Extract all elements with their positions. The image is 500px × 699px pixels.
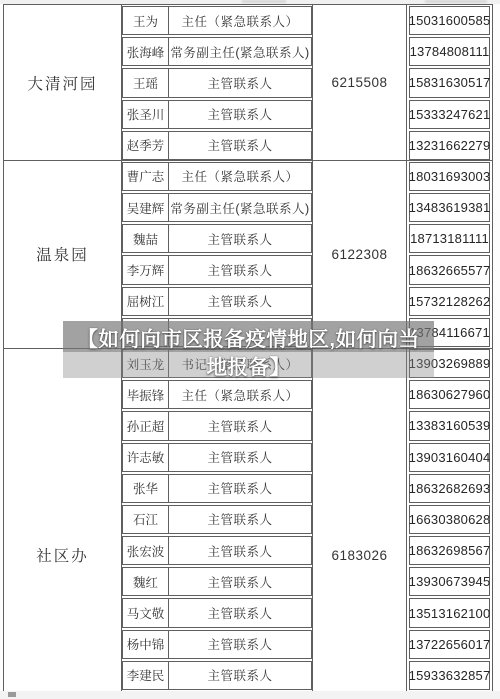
contact-name: 王为 — [123, 7, 169, 34]
contact-row: 张宏波主管联系人 — [122, 536, 312, 565]
bottom-margin-strip — [0, 691, 500, 699]
contact-row: 杨中锦主管联系人 — [122, 630, 312, 659]
contact-role: 主管联系人 — [169, 101, 311, 128]
office-number-cell: 6122308 — [312, 161, 407, 348]
contact-role: 主管联系人 — [169, 631, 311, 658]
contact-phone: 15031600585 — [409, 6, 490, 35]
page: 大清河园 温泉园 社区办 6215508 6122308 6183026 王为主… — [0, 0, 500, 699]
contact-name: 李建民 — [123, 662, 169, 689]
contact-row: 魏红主管联系人 — [122, 567, 312, 596]
contact-role: 主任（紧急联系人） — [169, 163, 311, 190]
contact-phone: 13784808111 — [409, 37, 490, 66]
contact-row: 屈树江主管联系人 — [122, 287, 312, 316]
contact-phone: 13513162100 — [409, 598, 490, 627]
contact-phone: 13231662279 — [409, 131, 490, 160]
contact-role: 主管联系人 — [169, 288, 311, 315]
section-cell-wenquan: 温泉园 — [4, 161, 122, 348]
contact-role: 主管联系人 — [169, 256, 311, 283]
contact-phone: 18713181111 — [409, 224, 490, 253]
contact-name: 孙正超 — [123, 412, 169, 439]
office-number: 6122308 — [331, 247, 387, 262]
contact-role: 主管联系人 — [169, 444, 311, 471]
contact-name: 杨中锦 — [123, 631, 169, 658]
contact-row: 赵季芳主管联系人 — [122, 131, 312, 160]
contact-row: 张华主管联系人 — [122, 474, 312, 503]
contact-phone: 15933632857 — [409, 661, 490, 690]
watermark-line1: 【如何向市区报备疫情地区,如何向当 — [63, 321, 434, 352]
contact-name: 许志敏 — [123, 444, 169, 471]
office-number: 6215508 — [331, 75, 387, 90]
section-label: 温泉园 — [36, 243, 89, 265]
contact-row: 王为主任（紧急联系人） — [122, 6, 312, 35]
contact-name: 王瑶 — [123, 69, 169, 96]
contact-name: 李万辉 — [123, 256, 169, 283]
contact-phone: 15732128262 — [409, 287, 490, 316]
contact-name: 吴建辉 — [123, 194, 169, 221]
contact-phone: 18630627960 — [409, 380, 490, 409]
cutoff-text-artifact — [242, 0, 286, 3]
contact-phone: 13483619381 — [409, 193, 490, 222]
contact-role: 常务副主任(紧急联系人) — [169, 194, 311, 221]
contact-row: 许志敏主管联系人 — [122, 443, 312, 472]
contact-name: 张海峰 — [123, 38, 169, 65]
contact-role: 主管联系人 — [169, 132, 311, 159]
contact-name: 赵季芳 — [123, 132, 169, 159]
contact-phone: 13903160404 — [409, 443, 490, 472]
contact-row: 李万辉主管联系人 — [122, 255, 312, 284]
contact-role: 主管联系人 — [169, 599, 311, 626]
contact-row: 李建民主管联系人 — [122, 661, 312, 690]
office-number: 6183026 — [331, 548, 387, 563]
contact-role: 主管联系人 — [169, 568, 311, 595]
contact-row: 魏喆主管联系人 — [122, 224, 312, 253]
contact-name: 石江 — [123, 506, 169, 533]
contact-role: 主管联系人 — [169, 69, 311, 96]
contact-phone: 18632665577 — [409, 255, 490, 284]
contact-name: 张华 — [123, 475, 169, 502]
contact-role: 主管联系人 — [169, 475, 311, 502]
contact-phone: 18632682693 — [409, 474, 490, 503]
contact-name: 马文敬 — [123, 599, 169, 626]
contact-name: 张宏波 — [123, 537, 169, 564]
contact-phone: 16630380628 — [409, 505, 490, 534]
contact-row: 吴建辉常务副主任(紧急联系人) — [122, 193, 312, 222]
contact-name: 曹广志 — [123, 163, 169, 190]
contact-role: 主任（紧急联系人） — [169, 7, 311, 34]
office-number-cell: 6215508 — [312, 5, 407, 161]
watermark-overlay: 【如何向市区报备疫情地区,如何向当 地报备】 — [63, 321, 434, 378]
contact-row: 马文敬主管联系人 — [122, 598, 312, 627]
section-label: 大清河园 — [27, 72, 97, 94]
contact-row: 孙正超主管联系人 — [122, 411, 312, 440]
watermark-line2: 地报备】 — [63, 352, 434, 378]
contact-name: 魏喆 — [123, 225, 169, 252]
section-cell-daqinghe: 大清河园 — [4, 5, 122, 161]
contact-phone: 15831630517 — [409, 68, 490, 97]
contact-role: 常务副主任(紧急联系人) — [169, 38, 311, 65]
contact-row: 张海峰常务副主任(紧急联系人) — [122, 37, 312, 66]
contact-role: 主管联系人 — [169, 506, 311, 533]
contact-phone: 13930673945 — [409, 567, 490, 596]
contact-role: 主管联系人 — [169, 537, 311, 564]
section-cell-shequban: 社区办 — [4, 348, 122, 691]
section-label: 社区办 — [36, 544, 89, 566]
office-number-cell: 6183026 — [312, 348, 407, 691]
contact-row: 曹广志主任（紧急联系人） — [122, 162, 312, 191]
contact-phone: 18031693003 — [409, 162, 490, 191]
contact-phone: 13722656017 — [409, 630, 490, 659]
contact-row: 石江主管联系人 — [122, 505, 312, 534]
contact-role: 主任（紧急联系人） — [169, 381, 311, 408]
contact-role: 主管联系人 — [169, 662, 311, 689]
contact-role: 主管联系人 — [169, 412, 311, 439]
contact-phone: 18632698567 — [409, 536, 490, 565]
section-divider — [4, 160, 492, 161]
contact-phone: 15333247621 — [409, 100, 490, 129]
contact-phone: 13383160539 — [409, 411, 490, 440]
contact-row: 张圣川主管联系人 — [122, 100, 312, 129]
contact-name: 屈树江 — [123, 288, 169, 315]
contact-row: 毕振锋主任（紧急联系人） — [122, 380, 312, 409]
contact-name: 张圣川 — [123, 101, 169, 128]
contact-name: 毕振锋 — [123, 381, 169, 408]
cutoff-text-artifact — [425, 0, 487, 3]
contact-role: 主管联系人 — [169, 225, 311, 252]
contact-row: 王瑶主管联系人 — [122, 68, 312, 97]
scroll-corner-artifact — [8, 692, 16, 697]
contact-name: 魏红 — [123, 568, 169, 595]
